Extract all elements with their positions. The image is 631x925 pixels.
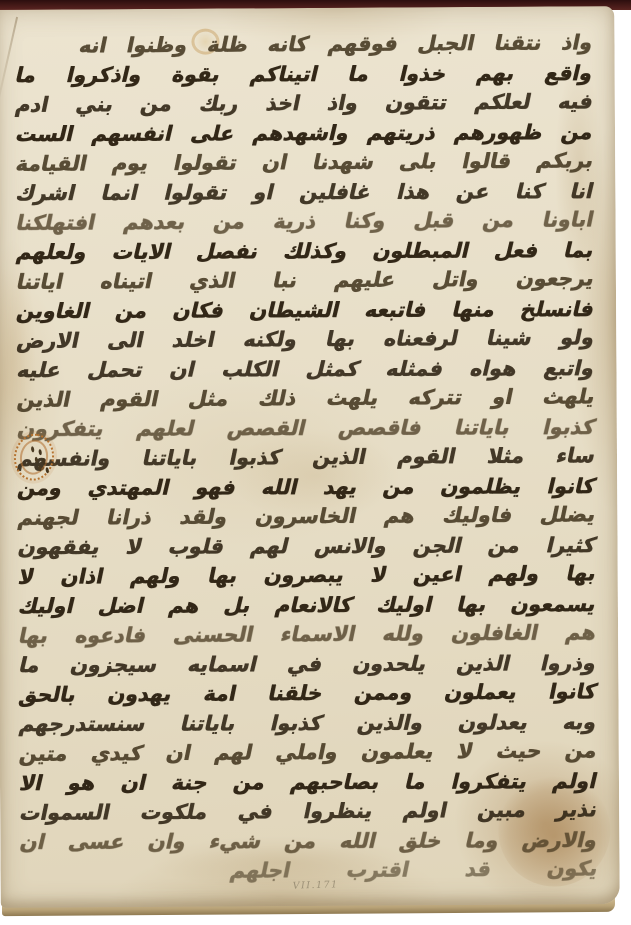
manuscript-line: فيه لعلكم تتقون واذ اخذ ربك من بني ادم bbox=[13, 87, 596, 120]
rosette-inner-dots bbox=[31, 446, 35, 452]
manuscript-line: كانوا يظلمون من يهد الله فهو المهتدي ومن bbox=[15, 471, 599, 503]
sura-verse-annotation: VII.171 bbox=[292, 879, 338, 891]
manuscript-line: بربكم قالوا بلى شهدنا ان تقولوا يوم القي… bbox=[13, 146, 596, 179]
manuscript-line: من حيث لا يعلمون واملي لهم ان كيدي متين bbox=[17, 736, 600, 769]
manuscript-line: وذروا الذين يلحدون في اسمايه سيجزون ما bbox=[16, 648, 600, 680]
manuscript-line: اولم يتفكروا ما بصاحبهم من جنة ان هو الا bbox=[17, 766, 601, 798]
manuscript-line: وبه يعدلون والذين كذبوا باياتنا سنستدرجه… bbox=[16, 707, 600, 739]
manuscript-line: بما فعل المبطلون وكذلك نفصل الايات ولعله… bbox=[13, 235, 597, 267]
manuscript-line: والارض وما خلق الله من شيء وان عسى ان bbox=[17, 825, 601, 857]
manuscript-line: ولو شينا لرفعناه بها ولكنه اخلد الى الار… bbox=[14, 323, 597, 356]
manuscript-line: كذبوا باياتنا فاقصص القصص لعلهم يتفكرون bbox=[15, 412, 599, 444]
text-block: واذ نتقنا الجبل فوقهم كانه ظلة وظنوا انه… bbox=[15, 28, 597, 887]
manuscript-line: ساء مثلا القوم الذين كذبوا باياتنا وانفس… bbox=[15, 441, 598, 474]
photo-frame: واذ نتقنا الجبل فوقهم كانه ظلة وظنوا انه… bbox=[0, 0, 631, 925]
parchment-page: واذ نتقنا الجبل فوقهم كانه ظلة وظنوا انه… bbox=[0, 6, 620, 908]
manuscript-line: نذير مبين اولم ينظروا في ملكوت السموات bbox=[17, 795, 600, 828]
manuscript-line: من ظهورهم ذريتهم واشهدهم على انفسهم الست bbox=[13, 117, 597, 149]
manuscript-line: يرجعون واتل عليهم نبا الذي اتيناه اياتنا bbox=[14, 264, 597, 297]
manuscript-line: واتبع هواه فمثله كمثل الكلب ان تحمل عليه bbox=[14, 353, 598, 385]
manuscript-line: واذ نتقنا الجبل فوقهم كانه ظلة وظنوا انه bbox=[12, 28, 595, 61]
manuscript-line: اباونا من قبل وكنا ذرية من بعدهم افتهلكن… bbox=[14, 205, 597, 238]
manuscript-line: كانوا يعملون وممن خلقنا امة يهدون بالحق bbox=[16, 677, 599, 710]
manuscript-line: بها ولهم اعين لا يبصرون بها ولهم اذان لا bbox=[16, 559, 599, 592]
manuscript-line: يسمعون بها اوليك كالانعام بل هم اضل اولي… bbox=[16, 589, 600, 621]
manuscript-line: يلهث او تتركه يلهث ذلك مثل القوم الذين bbox=[15, 382, 598, 415]
manuscript-line: واقع بهم خذوا ما اتيناكم بقوة واذكروا ما bbox=[12, 58, 596, 90]
manuscript-line: يضلل فاوليك هم الخاسرون ولقد ذرانا لجهنم bbox=[15, 500, 598, 533]
manuscript-line: انا كنا عن هذا غافلين او تقولوا انما اشر… bbox=[13, 176, 597, 208]
manuscript-line: هم الغافلون ولله الاسماء الحسنى فادعوه ب… bbox=[16, 618, 599, 651]
manuscript-line: كثيرا من الجن والانس لهم قلوب لا يفقهون bbox=[15, 530, 599, 562]
manuscript-line: فانسلخ منها فاتبعه الشيطان فكان من الغاو… bbox=[14, 294, 598, 326]
